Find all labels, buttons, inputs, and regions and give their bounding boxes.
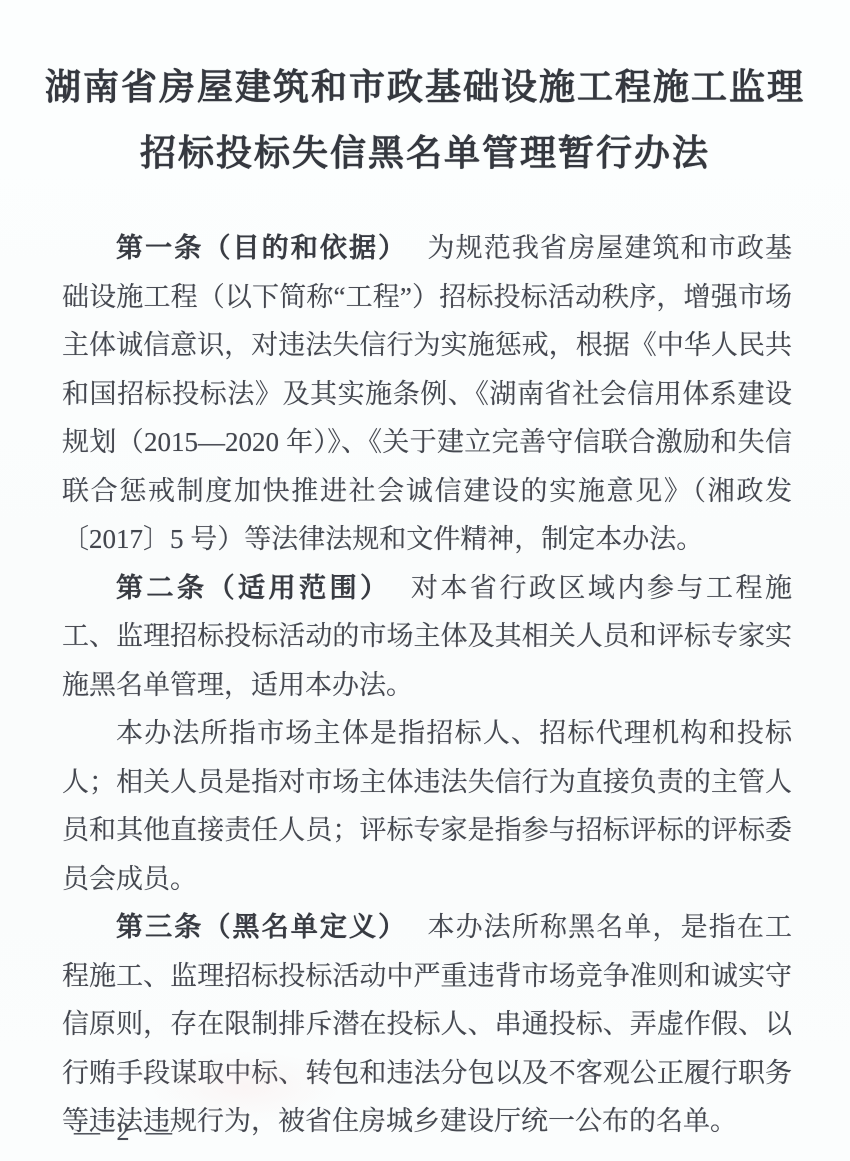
article-2-heading: 第二条（适用范围） <box>116 573 391 603</box>
article-3-heading: 第三条（黑名单定义） <box>116 912 407 942</box>
paragraph-article-1: 第一条（目的和依据）为规范我省房屋建筑和市政基础设施工程（以下简称“工程”）招标… <box>62 224 792 564</box>
article-1-text: 为规范我省房屋建筑和市政基础设施工程（以下简称“工程”）招标投标活动秩序，增强市… <box>62 233 792 554</box>
article-1-heading: 第一条（目的和依据） <box>116 233 407 263</box>
paragraph-article-2-continuation: 本办法所指市场主体是指招标人、招标代理机构和投标人；相关人员是指对市场主体违法失… <box>62 709 792 903</box>
article-2-definitions-text: 本办法所指市场主体是指招标人、招标代理机构和投标人；相关人员是指对市场主体违法失… <box>62 718 792 894</box>
article-3-text: 本办法所称黑名单，是指在工程施工、监理招标投标活动中严重违背市场竞争准则和诚实守… <box>62 912 792 1136</box>
document-title-line-2: 招标投标失信黑名单管理暂行办法 <box>30 120 820 186</box>
document-page: 湖南省房屋建筑和市政基础设施工程施工监理 招标投标失信黑名单管理暂行办法 第一条… <box>0 0 850 1161</box>
document-body: 第一条（目的和依据）为规范我省房屋建筑和市政基础设施工程（以下简称“工程”）招标… <box>62 224 792 1146</box>
document-title: 湖南省房屋建筑和市政基础设施工程施工监理 招标投标失信黑名单管理暂行办法 <box>30 54 820 186</box>
document-title-line-1: 湖南省房屋建筑和市政基础设施工程施工监理 <box>30 54 820 120</box>
paragraph-article-2: 第二条（适用范围）对本省行政区域内参与工程施工、监理招标投标活动的市场主体及其相… <box>62 564 792 710</box>
page-number: — 2 — <box>74 1117 177 1147</box>
paragraph-article-3: 第三条（黑名单定义）本办法所称黑名单，是指在工程施工、监理招标投标活动中严重违背… <box>62 903 792 1146</box>
